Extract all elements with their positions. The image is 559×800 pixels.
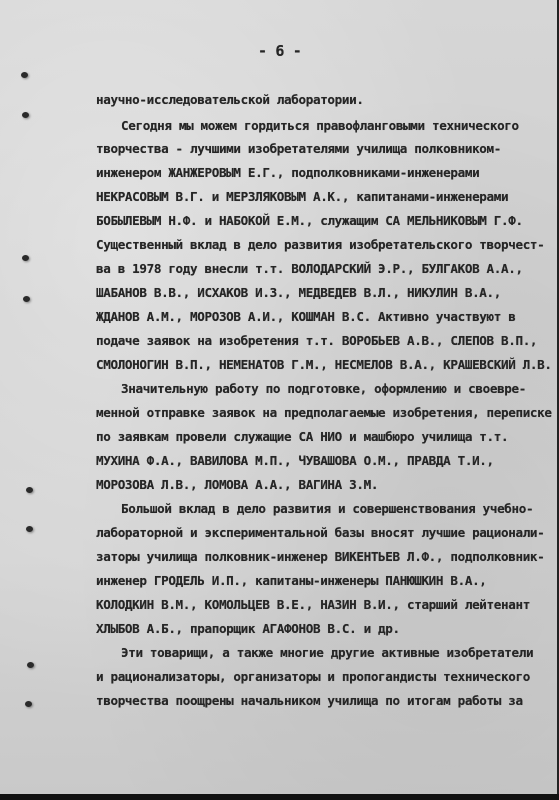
punch-hole — [26, 487, 33, 493]
text-line: научно-исследовательской лаборатории. — [96, 92, 364, 107]
page-number: - 6 - — [258, 42, 301, 60]
punch-hole — [22, 255, 29, 261]
text-line: и рационализаторы, организаторы и пропог… — [96, 669, 530, 684]
text-line: Существенный вклад в дело развития изобр… — [96, 237, 544, 252]
paragraph-start: Значительную работу по подготовке, оформ… — [121, 381, 526, 396]
text-line: МУХИНА Ф.А., ВАВИЛОВА М.П., ЧУВАШОВА О.М… — [96, 453, 494, 468]
text-line: творчества - лучшими изобретателями учил… — [96, 141, 501, 156]
text-line: творчества поощрены начальником училища … — [96, 693, 523, 708]
punch-hole — [23, 296, 30, 302]
punch-hole — [26, 526, 33, 532]
punch-hole — [22, 112, 29, 118]
text-line: КОЛОДКИН В.М., КОМОЛЬЦЕВ В.Е., НАЗИН В.И… — [96, 597, 530, 612]
text-line: НЕКРАСОВЫМ В.Г. и МЕРЗЛЯКОВЫМ А.К., капи… — [96, 189, 508, 204]
text-line: ШАБАНОВ В.В., ИСХАКОВ И.З., МЕДВЕДЕВ В.Л… — [96, 285, 501, 300]
text-line: инженер ГРОДЕЛЬ И.П., капитаны-инженеры … — [96, 573, 487, 588]
punch-hole — [25, 701, 32, 707]
text-line: лабораторной и экспериментальной базы вн… — [96, 525, 544, 540]
text-line: заторы училища полковник-инженер ВИКЕНТЬ… — [96, 549, 544, 564]
text-line: подаче заявок на изобретения т.т. ВОРОБЬ… — [96, 333, 537, 348]
scan-edge-bottom — [0, 794, 559, 800]
text-line: БОБЫЛЕВЫМ Н.Ф. и НАБОКОЙ Е.М., служащим … — [96, 213, 523, 228]
text-line: по заявкам провели служащие СА НИО и маш… — [96, 429, 508, 444]
text-line: ва в 1978 году внесли т.т. ВОЛОДАРСКИЙ Э… — [96, 261, 523, 276]
punch-hole — [27, 662, 34, 668]
text-line: менной отправке заявок на предполагаемые… — [96, 405, 552, 420]
paragraph-start: Большой вклад в дело развития и совершен… — [121, 501, 533, 516]
paragraph-start: Сегодня мы можем гордиться правофланговы… — [121, 118, 519, 133]
paragraph-start: Эти товарищи, а также многие другие акти… — [121, 645, 533, 660]
text-line: МОРОЗОВА Л.В., ЛОМОВА А.А., ВАГИНА З.М. — [96, 477, 378, 492]
punch-hole — [21, 72, 28, 78]
text-line: инженером ЖАНЖЕРОВЫМ Е.Г., подполковника… — [96, 165, 479, 180]
text-line: ХЛЫБОВ А.Б., прапорщик АГАФОНОВ В.С. и д… — [96, 621, 400, 636]
text-line: ЖДАНОВ А.М., МОРОЗОВ А.И., КОШМАН В.С. А… — [96, 309, 515, 324]
text-line: СМОЛОНОГИН В.П., НЕМЕНАТОВ Г.М., НЕСМЕЛО… — [96, 357, 552, 372]
